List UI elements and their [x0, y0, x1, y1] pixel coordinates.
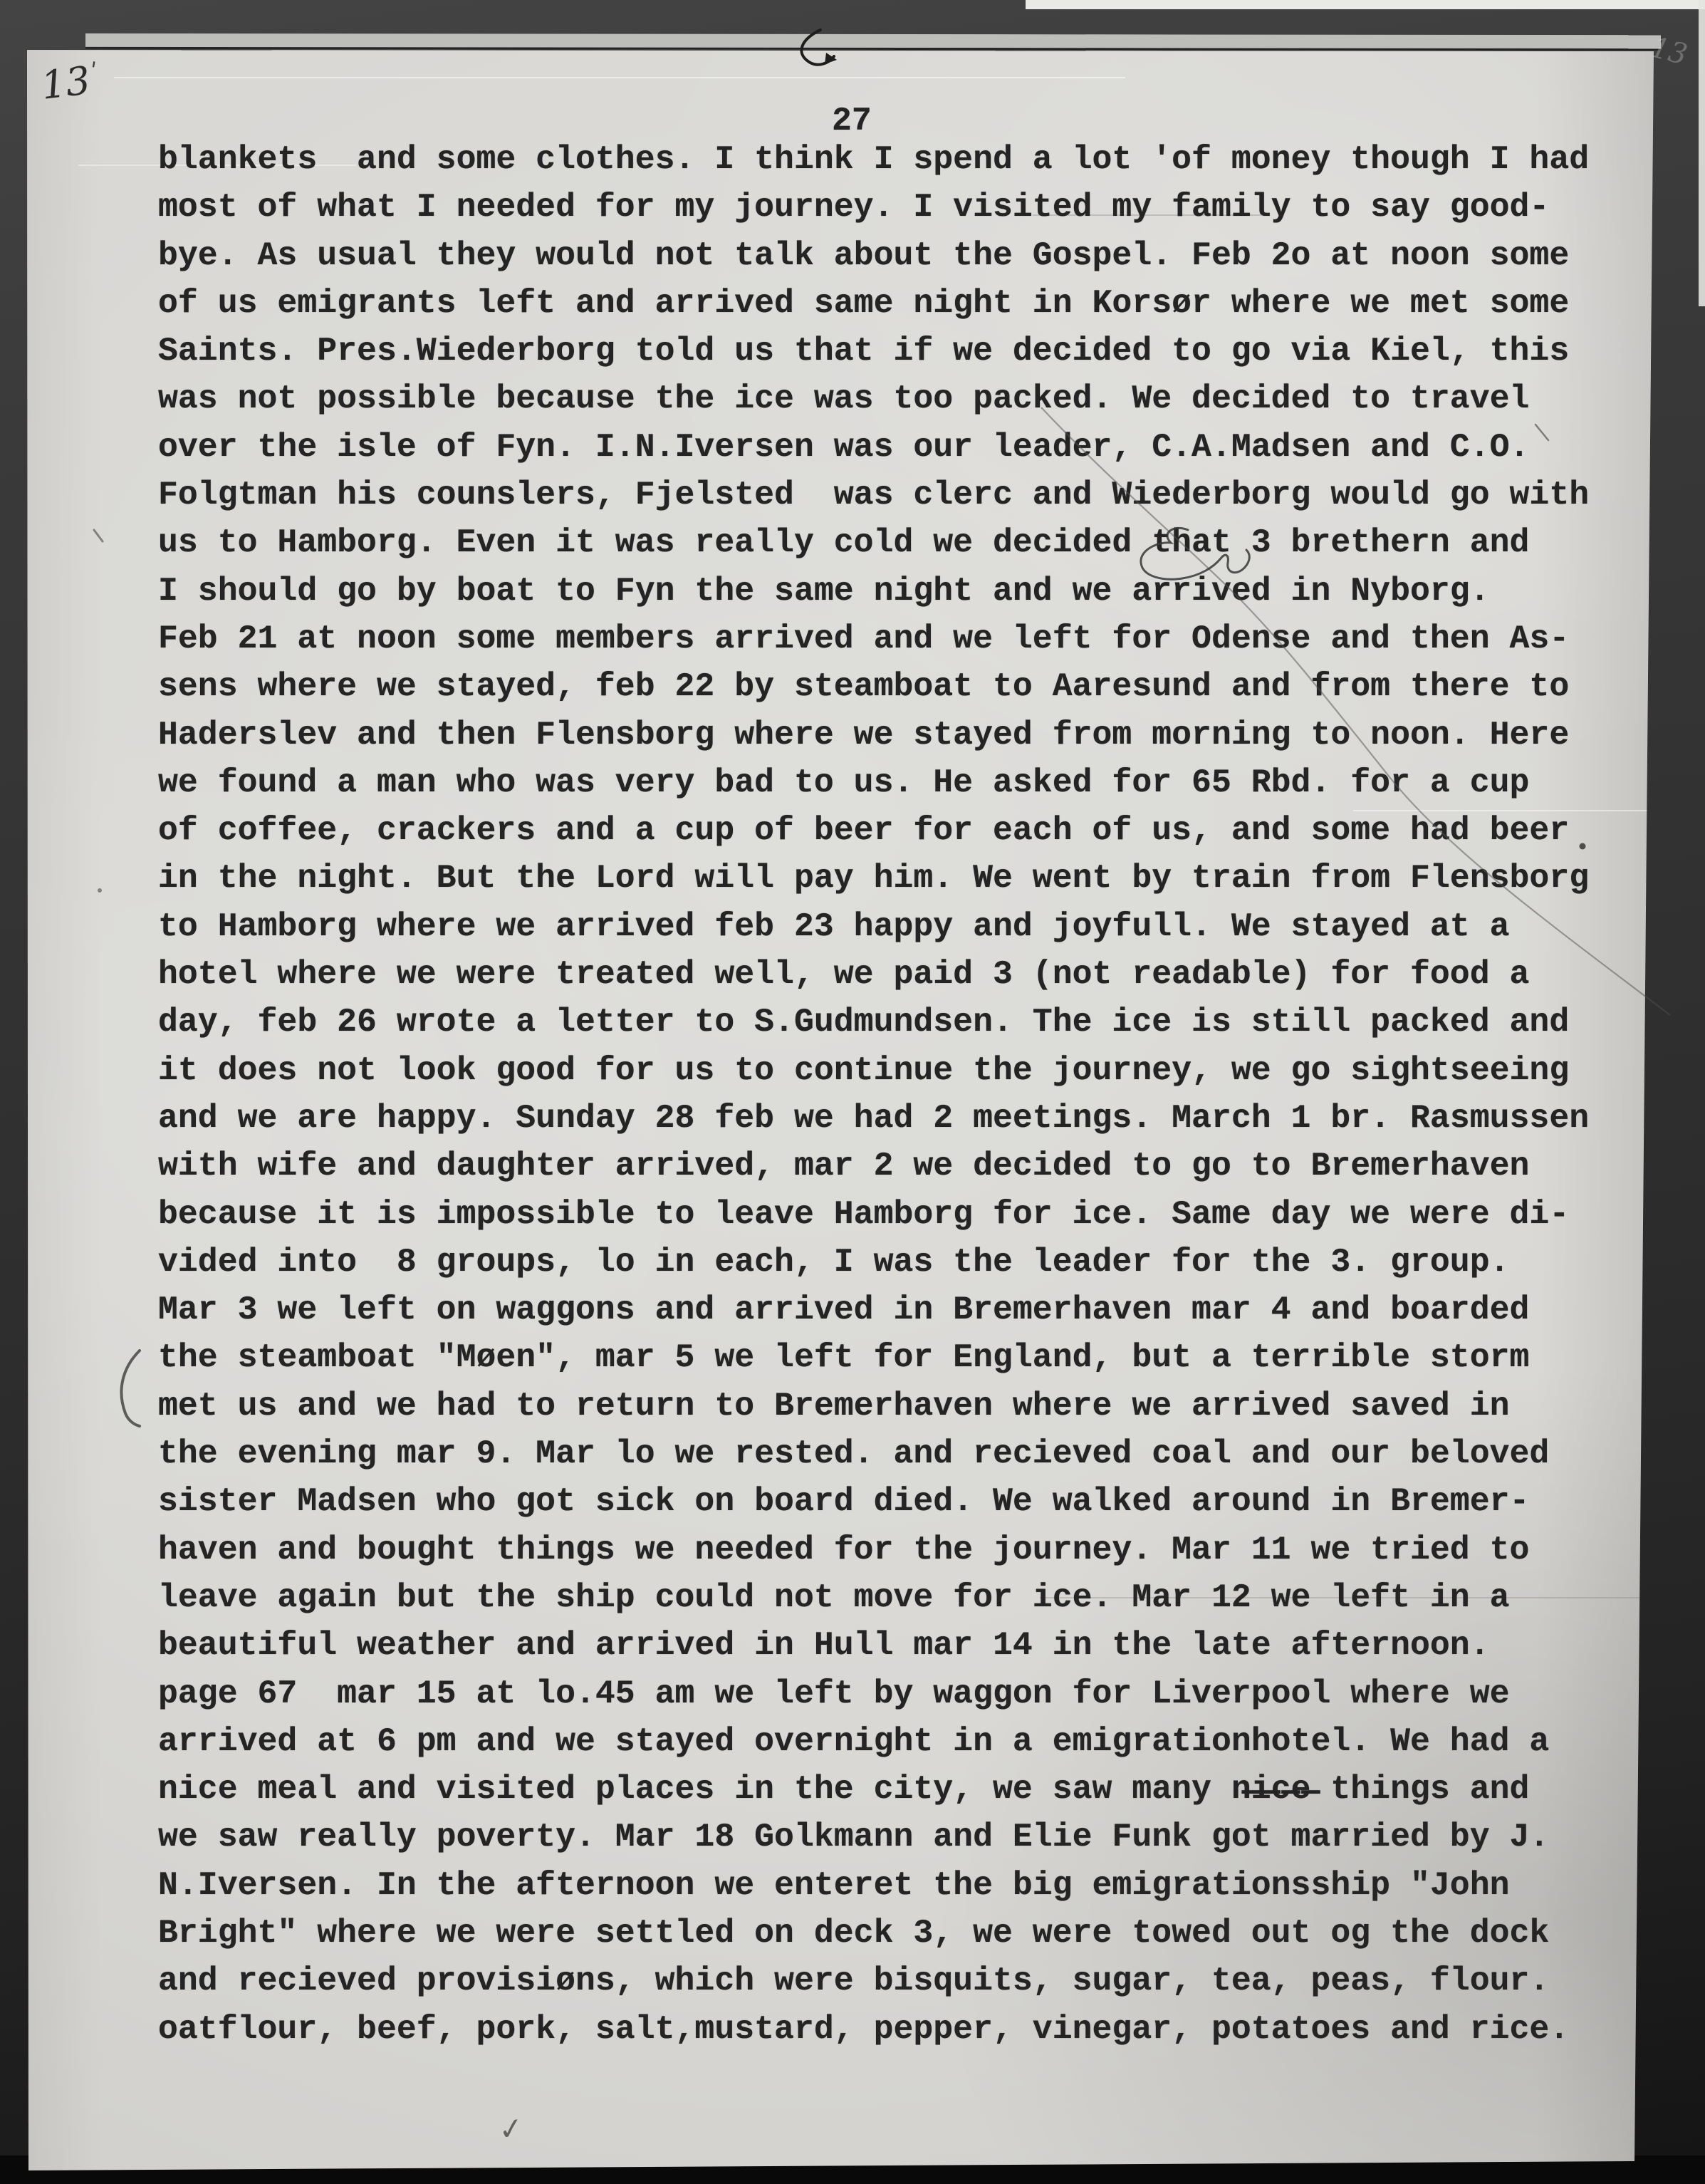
typewritten-line: over the isle of Fyn. I.N.Iversen was ou…: [158, 423, 1589, 471]
typewritten-line: because it is impossible to leave Hambor…: [158, 1190, 1589, 1238]
typewritten-line: and we are happy. Sunday 28 feb we had 2…: [158, 1094, 1589, 1142]
typewritten-line: and recieved provisiøns, which were bisq…: [158, 1957, 1589, 2004]
typewritten-line: of us emigrants left and arrived same ni…: [158, 279, 1589, 327]
border-smudge-number: 13: [1648, 33, 1690, 69]
handwritten-checkmark: ✓: [496, 2113, 526, 2146]
typewritten-line: Mar 3 we left on waggons and arrived in …: [158, 1286, 1589, 1333]
typewritten-line: sister Madsen who got sick on board died…: [158, 1477, 1589, 1525]
underlying-page-edge: [85, 33, 1661, 51]
typewritten-line: nice meal and visited places in the city…: [158, 1765, 1589, 1813]
typewritten-line: Haderslev and then Flensborg where we st…: [158, 711, 1589, 759]
typewritten-line: leave again but the ship could not move …: [158, 1574, 1589, 1621]
typewritten-line: Bright" where we were settled on deck 3,…: [158, 1909, 1589, 1957]
typewritten-line: N.Iversen. In the afternoon we enteret t…: [158, 1861, 1589, 1909]
typewritten-line: most of what I needed for my journey. I …: [158, 183, 1589, 231]
typewritten-line: met us and we had to return to Bremerhav…: [158, 1382, 1589, 1430]
typewritten-text: blankets and some clothes. I think I spe…: [158, 135, 1589, 2053]
typewritten-line: oatflour, beef, pork, salt,mustard, pepp…: [158, 2005, 1589, 2053]
typewritten-line: Feb 21 at noon some members arrived and …: [158, 615, 1589, 662]
typewritten-line: we saw really poverty. Mar 18 Golkmann a…: [158, 1813, 1589, 1861]
typewritten-line: haven and bought things we needed for th…: [158, 1526, 1589, 1574]
typewritten-line: page 67 mar 15 at lo.45 am we left by wa…: [158, 1670, 1589, 1717]
typewritten-line: to Hamborg where we arrived feb 23 happy…: [158, 903, 1589, 950]
typewritten-line: hotel where we were treated well, we pai…: [158, 950, 1589, 998]
typewritten-line: we found a man who was very bad to us. H…: [158, 759, 1589, 806]
typewritten-line: blankets and some clothes. I think I spe…: [158, 135, 1589, 183]
typewritten-line: in the night. But the Lord will pay him.…: [158, 854, 1589, 902]
typewritten-line: Saints. Pres.Wiederborg told us that if …: [158, 327, 1589, 375]
scan-edge-sliver-top: [1026, 0, 1705, 9]
typewritten-line: arrived at 6 pm and we stayed overnight …: [158, 1717, 1589, 1765]
scan-streak: [114, 77, 1125, 78]
typewritten-line: of coffee, crackers and a cup of beer fo…: [158, 806, 1589, 854]
typewritten-line: with wife and daughter arrived, mar 2 we…: [158, 1142, 1589, 1190]
typewritten-line: bye. As usual they would not talk about …: [158, 232, 1589, 279]
typewritten-line: it does not look good for us to continue…: [158, 1046, 1589, 1094]
typewritten-line: vided into 8 groups, lo in each, I was t…: [158, 1238, 1589, 1286]
handwritten-folio-number: 13: [39, 61, 93, 105]
scanned-document-page: 13 ' 27 blankets and some clothes. I thi…: [0, 0, 1705, 2184]
typewritten-line: Folgtman his counslers, Fjelsted was cle…: [158, 471, 1589, 519]
typewritten-line: the steamboat "Møen", mar 5 we left for …: [158, 1333, 1589, 1381]
typewritten-line: I should go by boat to Fyn the same nigh…: [158, 567, 1589, 615]
typewritten-line: us to Hamborg. Even it was really cold w…: [158, 519, 1589, 566]
typewritten-line: beautiful weather and arrived in Hull ma…: [158, 1621, 1589, 1669]
scan-edge-sliver-right: [1699, 0, 1705, 306]
typewritten-line: was not possible because the ice was too…: [158, 375, 1589, 422]
typewritten-line: day, feb 26 wrote a letter to S.Gudmunds…: [158, 998, 1589, 1046]
typewritten-line: the evening mar 9. Mar lo we rested. and…: [158, 1430, 1589, 1477]
typewritten-line: sens where we stayed, feb 22 by steamboa…: [158, 662, 1589, 710]
